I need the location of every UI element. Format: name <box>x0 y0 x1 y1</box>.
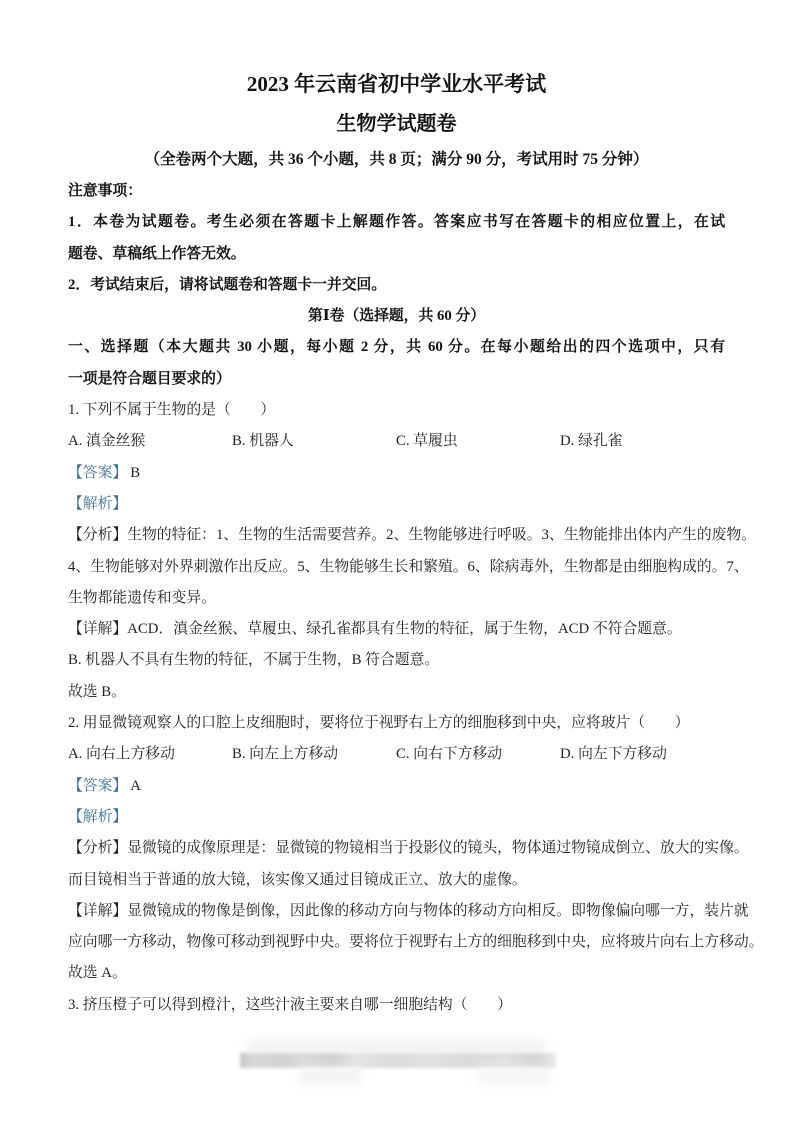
question-1-explanation-line: 【详解】ACD．滇金丝猴、草履虫、绿孔雀都具有生物的特征，属于生物，ACD 不符… <box>68 614 725 645</box>
question-1-options: A. 滇金丝猴 B. 机器人 C. 草履虫 D. 绿孔雀 <box>68 426 725 457</box>
answer-label: 【答案】 <box>68 465 127 481</box>
question-1-option-d: D. 绿孔雀 <box>560 426 725 457</box>
question-1-explanation-line: 4、生物能够对外界刺激作出反应。5、生物能够生长和繁殖。6、除病毒外，生物都是由… <box>68 552 725 583</box>
question-1-conclusion: 故选 B。 <box>68 677 725 708</box>
question-2-explanation-line: 【详解】显微镜成的物像是倒像，因此像的移动方向与物体的移动方向相反。即物像偏向哪… <box>68 896 725 927</box>
question-1-option-a: A. 滇金丝猴 <box>68 426 232 457</box>
notice-item-1-line-2: 题卷、草稿纸上作答无效。 <box>68 239 725 270</box>
exam-meta-line: （全卷两个大题，共 36 个小题，共 8 页；满分 90 分，考试用时 75 分… <box>68 144 725 176</box>
analysis-label: 【解析】 <box>68 496 127 512</box>
question-2-option-d: D. 向左下方移动 <box>560 739 725 770</box>
question-1-explanation-line: 【分析】生物的特征：1、生物的生活需要营养。2、生物能够进行呼吸。3、生物能排出… <box>68 520 725 551</box>
part1-instruction-line-2: 一项是符合题目要求的） <box>68 364 725 395</box>
question-2-option-a: A. 向右上方移动 <box>68 739 232 770</box>
question-1-answer-line: 【答案】B <box>68 458 725 489</box>
document-page: 2023 年云南省初中学业水平考试 生物学试题卷 （全卷两个大题，共 36 个小… <box>0 0 793 1122</box>
watermark-blur-halo <box>245 1040 547 1054</box>
question-1-analysis-line: 【解析】 <box>68 489 725 520</box>
exam-subtitle: 生物学试题卷 <box>68 104 725 144</box>
notice-item-1-line-1: 1．本卷为试题卷。考生必须在答题卡上解题作答。答案应书写在答题卡的相应位置上，在… <box>68 207 725 238</box>
question-2-analysis-line: 【解析】 <box>68 802 725 833</box>
question-2-option-c: C. 向右下方移动 <box>396 739 560 770</box>
document-content: 2023 年云南省初中学业水平考试 生物学试题卷 （全卷两个大题，共 36 个小… <box>68 64 725 1021</box>
answer-value: A <box>130 778 141 794</box>
exam-title: 2023 年云南省初中学业水平考试 <box>68 64 725 104</box>
part1-title: 第Ⅰ卷（选择题，共 60 分） <box>68 301 725 332</box>
question-1-explanation-line: B. 机器人不具有生物的特征，不属于生物，B 符合题意。 <box>68 645 725 676</box>
question-2-explanation-line: 而目镜相当于普通的放大镜，该实像又通过目镜成正立、放大的虚像。 <box>68 865 725 896</box>
watermark-blur-blob <box>478 1068 550 1084</box>
question-2-explanation-line: 【分析】显微镜的成像原理是：显微镜的物镜相当于投影仪的镜头，物体通过物镜成倒立、… <box>68 833 725 864</box>
question-2-answer-line: 【答案】A <box>68 771 725 802</box>
question-2-stem: 2. 用显微镜观察人的口腔上皮细胞时，要将位于视野右上方的细胞移到中央，应将玻片… <box>68 708 725 739</box>
notice-item-2: 2．考试结束后，请将试题卷和答题卡一并交回。 <box>68 270 725 301</box>
watermark-blur-blob <box>300 1068 362 1084</box>
question-1-option-c: C. 草履虫 <box>396 426 560 457</box>
question-1-explanation-line: 生物都能遗传和变异。 <box>68 583 725 614</box>
answer-value: B <box>130 465 140 481</box>
question-2-explanation-line: 应向哪一方移动，物像可移动到视野中央。要将位于视野右上方的细胞移到中央，应将玻片… <box>68 927 725 958</box>
question-2-conclusion: 故选 A。 <box>68 958 725 989</box>
question-1-stem: 1. 下列不属于生物的是（ ） <box>68 395 725 426</box>
notice-heading: 注意事项： <box>68 176 725 207</box>
question-2-options: A. 向右上方移动 B. 向左上方移动 C. 向右下方移动 D. 向左下方移动 <box>68 739 725 770</box>
analysis-label: 【解析】 <box>68 809 127 825</box>
watermark-blur-bar <box>240 1053 556 1068</box>
answer-label: 【答案】 <box>68 778 127 794</box>
question-3-stem: 3. 挤压橙子可以得到橙汁，这些汁液主要来自哪一细胞结构（ ） <box>68 990 725 1021</box>
question-1-option-b: B. 机器人 <box>232 426 396 457</box>
question-2-option-b: B. 向左上方移动 <box>232 739 396 770</box>
part1-instruction-line-1: 一、选择题（本大题共 30 小题，每小题 2 分，共 60 分。在每小题给出的四… <box>68 332 725 363</box>
